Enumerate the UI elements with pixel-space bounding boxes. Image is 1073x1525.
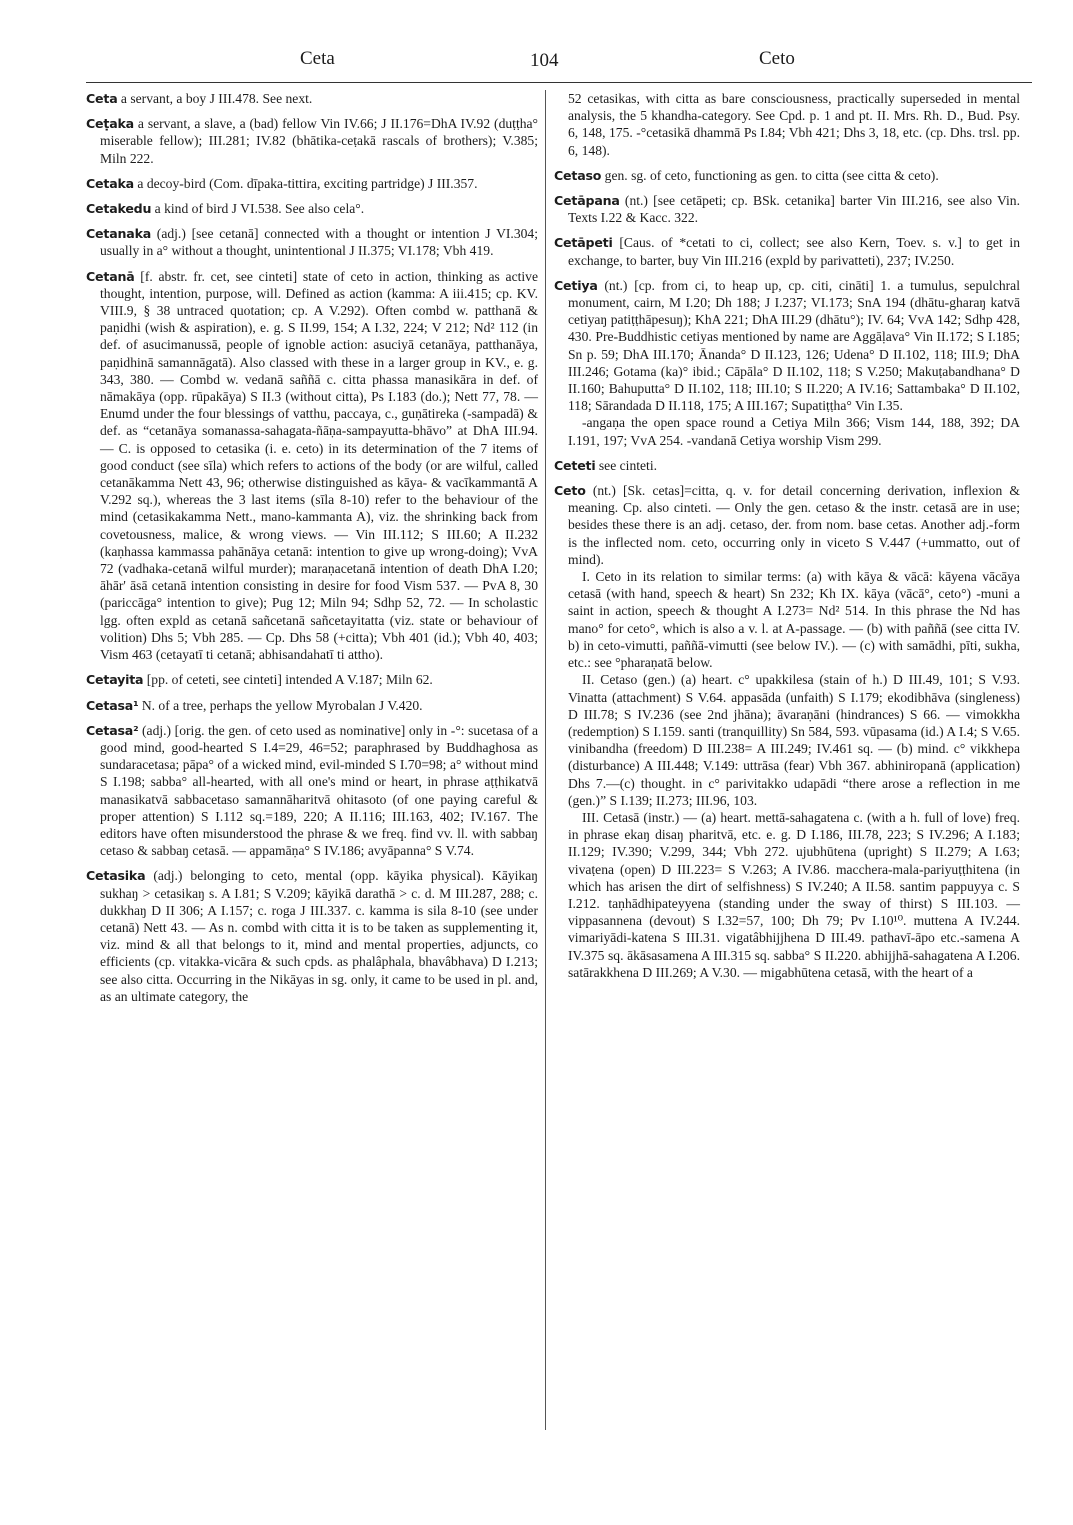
entry-definition: [Caus. of *cetati to ci, collect; see al… xyxy=(568,235,1020,267)
dictionary-entry: Cetanaka (adj.) [see cetanā] connected w… xyxy=(86,225,538,259)
entry-headword: Cetaka xyxy=(86,176,134,191)
page-number: 104 xyxy=(530,50,559,72)
page-header: Ceta 104 Ceto xyxy=(86,48,1032,76)
dictionary-entry: Ceta a servant, a boy J III.478. See nex… xyxy=(86,90,538,107)
header-rule xyxy=(86,82,1032,83)
dictionary-entry: Cetiya (nt.) [cp. from ci, to heap up, c… xyxy=(554,277,1020,449)
entry-section: III. Cetasā (instr.) — (a) heart. mettā-… xyxy=(568,809,1020,981)
column-divider xyxy=(545,90,546,1430)
entry-definition: see cinteti. xyxy=(595,458,657,473)
entry-headword: Ceṭaka xyxy=(86,116,134,131)
entry-definition: (adj.) belonging to ceto, mental (opp. k… xyxy=(100,868,538,1003)
dictionary-page: Ceta 104 Ceto Ceta a servant, a boy J II… xyxy=(86,0,1032,1525)
dictionary-entry: Cetaso gen. sg. of ceto, functioning as … xyxy=(554,167,1020,184)
entry-section: I. Ceto in its relation to similar terms… xyxy=(568,568,1020,671)
entry-subentry: -angaṇa the open space round a Cetiya Mi… xyxy=(568,414,1020,448)
entry-headword: Cetāpeti xyxy=(554,235,613,250)
entry-definition: a decoy-bird (Com. dīpaka-tittira, excit… xyxy=(134,176,478,191)
entry-headword: Ceteti xyxy=(554,458,595,473)
entry-headword: Cetāpana xyxy=(554,193,620,208)
entry-headword: Cetayita xyxy=(86,672,143,687)
dictionary-entry: Cetanā [f. abstr. fr. cet, see cinteti] … xyxy=(86,268,538,664)
entry-headword: Cetiya xyxy=(554,278,598,293)
entry-headword: Cetanā xyxy=(86,269,135,284)
dictionary-entry: Ceto (nt.) [Sk. cetas]=citta, q. v. for … xyxy=(554,482,1020,981)
entry-headword: Cetaso xyxy=(554,168,601,183)
dictionary-entry: Cetayita [pp. of ceteti, see cinteti] in… xyxy=(86,671,538,688)
entry-headword: Ceta xyxy=(86,91,118,106)
dictionary-entry: Cetasa¹ N. of a tree, perhaps the yellow… xyxy=(86,697,538,714)
dictionary-entry: Cetaka a decoy-bird (Com. dīpaka-tittira… xyxy=(86,175,538,192)
entry-definition: gen. sg. of ceto, functioning as gen. to… xyxy=(601,168,938,183)
dictionary-entry: Ceteti see cinteti. xyxy=(554,457,1020,474)
dictionary-entry: Cetāpana (nt.) [see cetāpeti; cp. BSk. c… xyxy=(554,192,1020,226)
entry-definition: (nt.) [see cetāpeti; cp. BSk. cetanika] … xyxy=(568,193,1020,225)
entry-headword: Cetasika xyxy=(86,868,145,883)
entry-definition: (adj.) [see cetanā] connected with a tho… xyxy=(100,226,538,258)
dictionary-entry: Cetakedu a kind of bird J VI.538. See al… xyxy=(86,200,538,217)
entry-definition: (nt.) [Sk. cetas]=citta, q. v. for detai… xyxy=(568,483,1020,567)
entry-headword: Cetasa¹ xyxy=(86,698,138,713)
entry-headword: Cetasa² xyxy=(86,723,138,738)
entry-definition: (adj.) [orig. the gen. of ceto used as n… xyxy=(100,723,538,858)
entry-headword: Cetanaka xyxy=(86,226,151,241)
dictionary-entry: 52 cetasikas, with citta as bare conscio… xyxy=(554,90,1020,159)
entry-definition: [f. abstr. fr. cet, see cinteti] state o… xyxy=(100,269,538,662)
dictionary-entry: Cetasa² (adj.) [orig. the gen. of ceto u… xyxy=(86,722,538,860)
entry-definition: a kind of bird J VI.538. See also cela°. xyxy=(151,201,364,216)
entry-definition: (nt.) [cp. from ci, to heap up, cp. citi… xyxy=(568,278,1020,413)
right-column: 52 cetasikas, with citta as bare conscio… xyxy=(554,90,1020,989)
entry-headword: Cetakedu xyxy=(86,201,151,216)
left-column: Ceta a servant, a boy J III.478. See nex… xyxy=(86,90,538,1013)
dictionary-entry: Cetāpeti [Caus. of *cetati to ci, collec… xyxy=(554,234,1020,268)
entry-definition: 52 cetasikas, with citta as bare conscio… xyxy=(568,91,1020,158)
entry-definition: N. of a tree, perhaps the yellow Myrobal… xyxy=(138,698,422,713)
entry-headword: Ceto xyxy=(554,483,586,498)
header-left-guide-word: Ceta xyxy=(300,48,335,70)
dictionary-entry: Cetasika (adj.) belonging to ceto, menta… xyxy=(86,867,538,1005)
dictionary-entry: Ceṭaka a servant, a slave, a (bad) fello… xyxy=(86,115,538,167)
header-right-guide-word: Ceto xyxy=(759,48,795,70)
entry-definition: a servant, a boy J III.478. See next. xyxy=(118,91,313,106)
entry-definition: a servant, a slave, a (bad) fellow Vin I… xyxy=(100,116,538,165)
entry-definition: [pp. of ceteti, see cinteti] intended A … xyxy=(143,672,432,687)
entry-section: II. Cetaso (gen.) (a) heart. c° upakkile… xyxy=(568,671,1020,809)
